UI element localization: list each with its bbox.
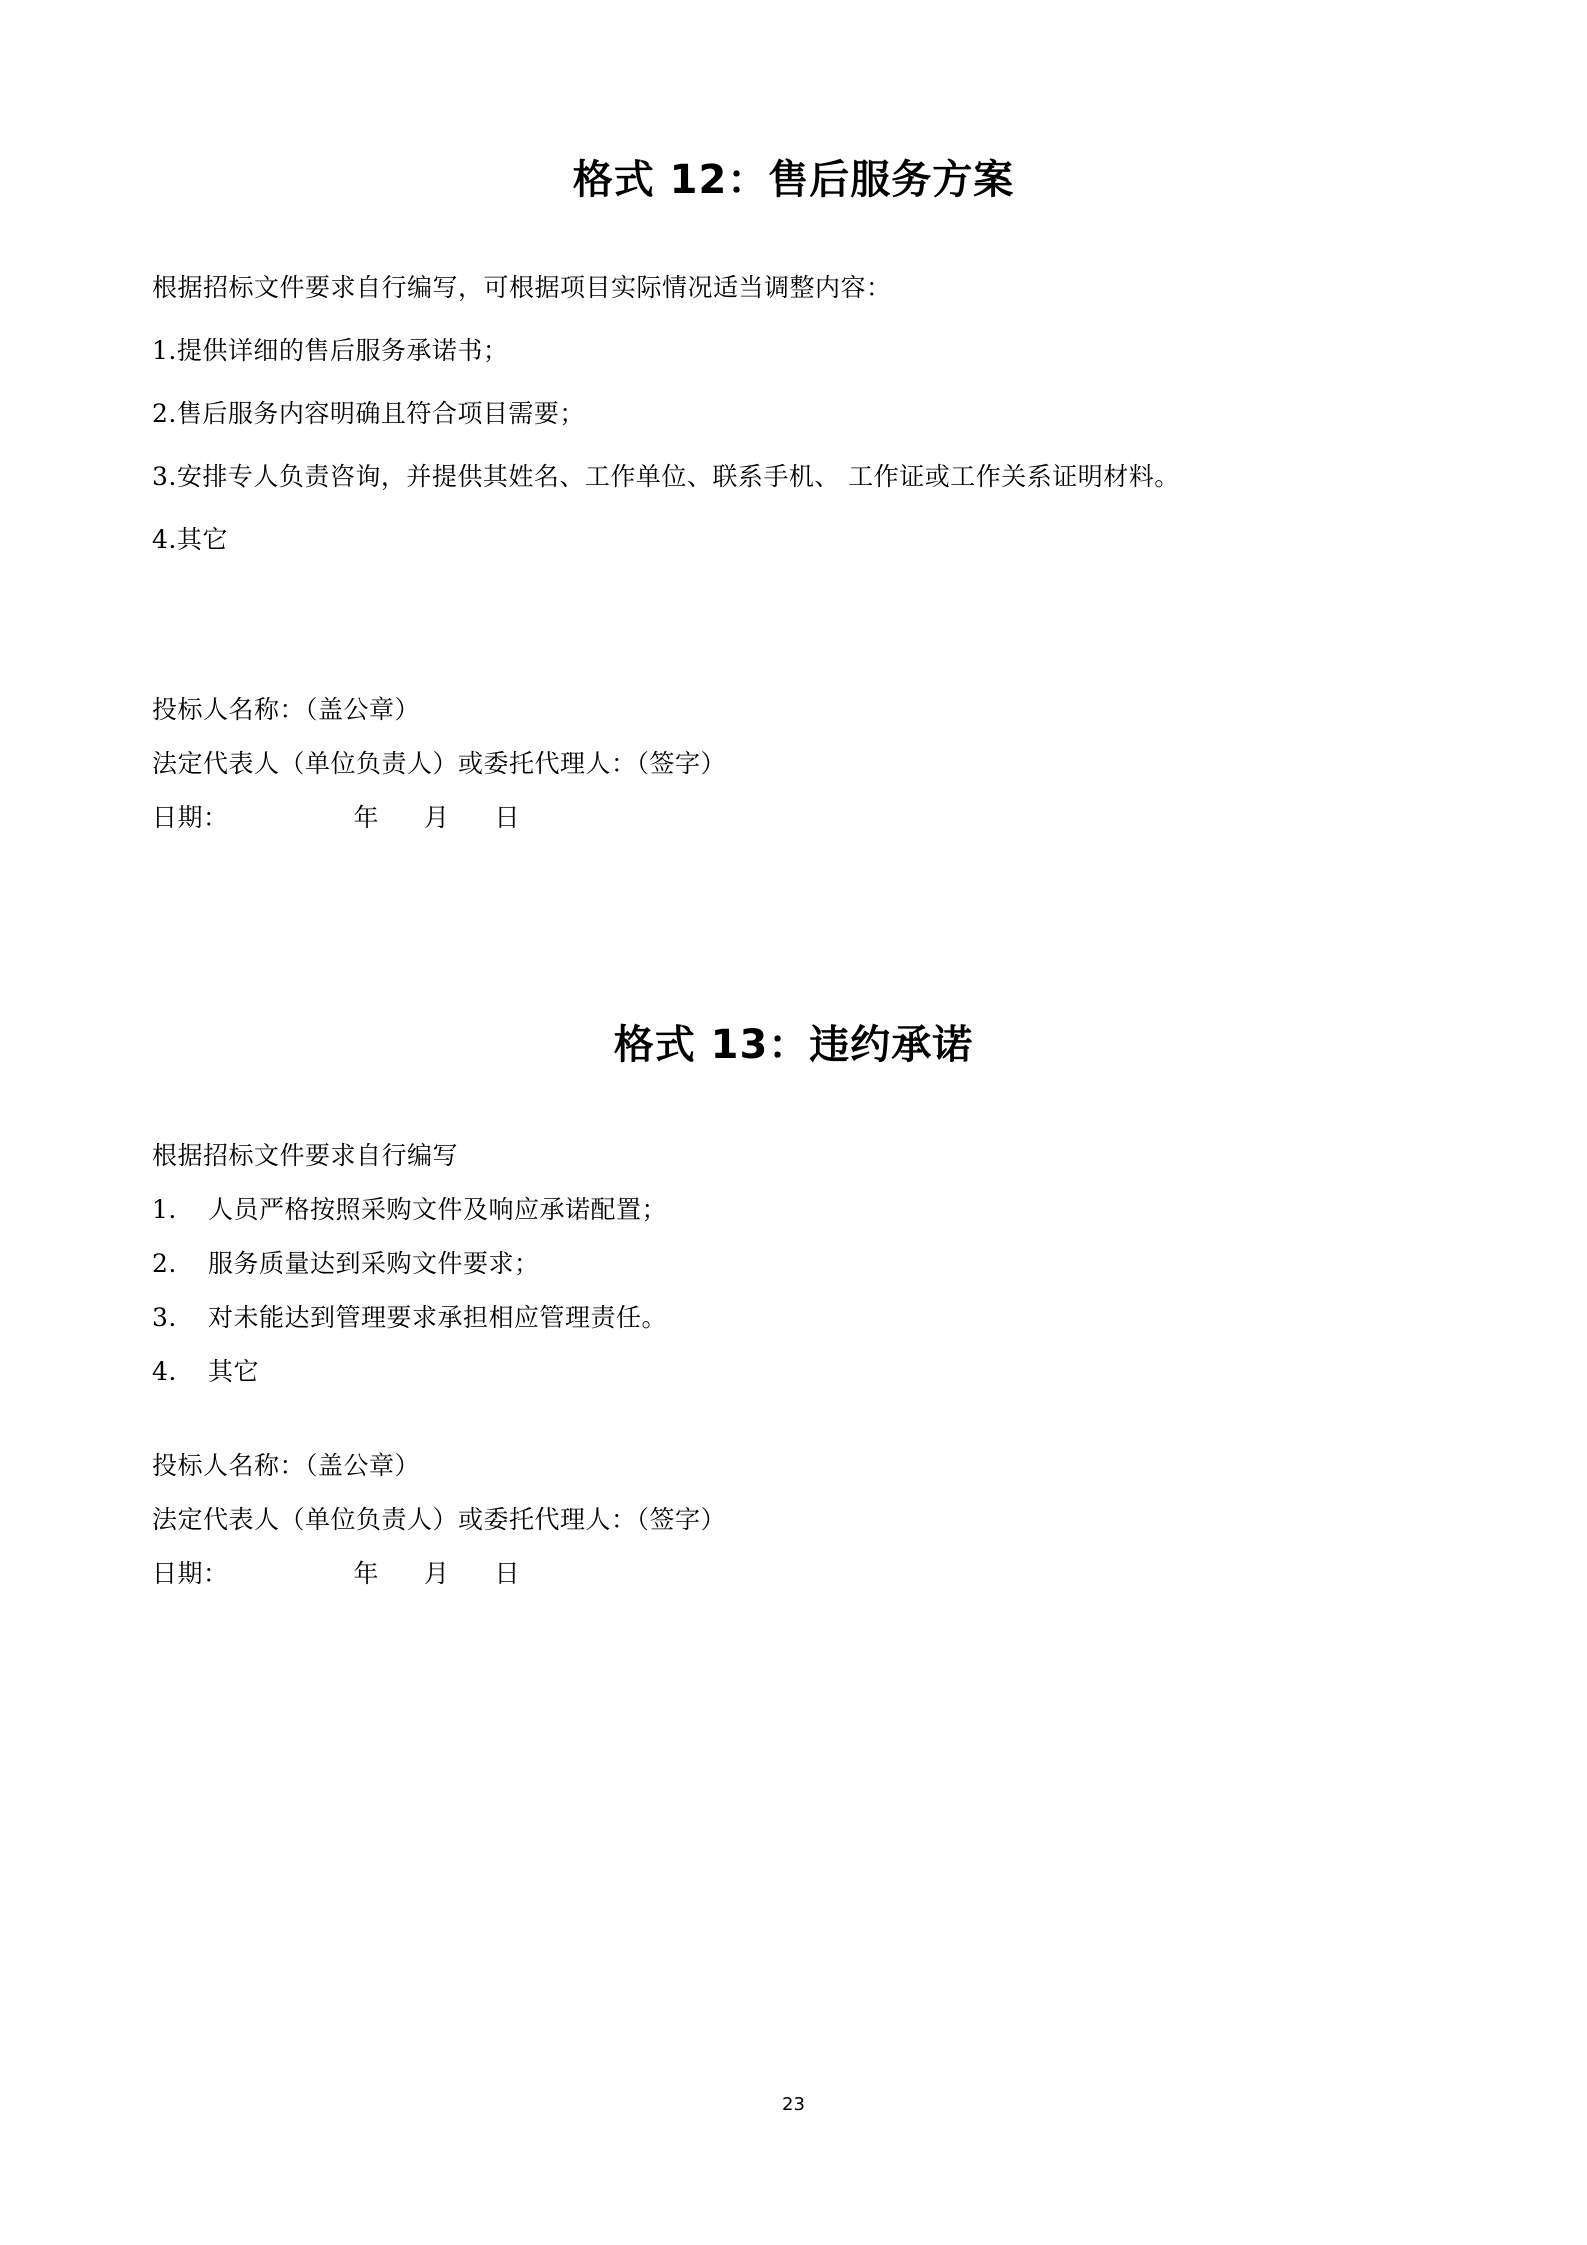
section-13-item-2: 2.服务质量达到采购文件要求； bbox=[152, 1248, 540, 1280]
section-12-item-3: 3.安排专人负责咨询，并提供其姓名、工作单位、联系手机、 工作证或工作关系证明材… bbox=[152, 461, 1180, 493]
section-13-item-4: 4.其它 bbox=[152, 1356, 259, 1388]
section-12-item-1: 1.提供详细的售后服务承诺书； bbox=[152, 335, 508, 367]
section-12-item-2: 2.售后服务内容明确且符合项目需要； bbox=[152, 398, 585, 430]
section-12-title: 格式 12：售后服务方案 bbox=[0, 155, 1587, 205]
date-day: 日 bbox=[495, 1559, 521, 1588]
section-13-title: 格式 13：违约承诺 bbox=[0, 1020, 1587, 1070]
section-13-intro: 根据招标文件要求自行编写 bbox=[152, 1140, 458, 1172]
document-page: 格式 12：售后服务方案 根据招标文件要求自行编写，可根据项目实际情况适当调整内… bbox=[0, 0, 1587, 2245]
section-13-item-1: 1.人员严格按照采购文件及响应承诺配置； bbox=[152, 1194, 667, 1226]
date-year: 年 bbox=[354, 803, 380, 832]
date-year: 年 bbox=[354, 1559, 380, 1588]
section-12-item-4: 4.其它 bbox=[152, 524, 228, 556]
section-13-item-3: 3.对未能达到管理要求承担相应管理责任。 bbox=[152, 1302, 667, 1334]
section-13-bidder-name: 投标人名称：（盖公章） bbox=[152, 1450, 420, 1482]
section-13-representative: 法定代表人（单位负责人）或委托代理人：（签字） bbox=[152, 1504, 726, 1536]
date-month: 月 bbox=[424, 803, 450, 832]
date-month: 月 bbox=[424, 1559, 450, 1588]
section-12-date: 日期：年月日 bbox=[152, 802, 520, 834]
date-label: 日期： bbox=[152, 803, 229, 832]
section-12-representative: 法定代表人（单位负责人）或委托代理人：（签字） bbox=[152, 748, 726, 780]
section-12-bidder-name: 投标人名称：（盖公章） bbox=[152, 694, 420, 726]
page-number: 23 bbox=[0, 2094, 1587, 2115]
section-13-date: 日期：年月日 bbox=[152, 1558, 520, 1590]
date-day: 日 bbox=[495, 803, 521, 832]
section-12-intro: 根据招标文件要求自行编写，可根据项目实际情况适当调整内容： bbox=[152, 272, 892, 304]
date-label: 日期： bbox=[152, 1559, 229, 1588]
